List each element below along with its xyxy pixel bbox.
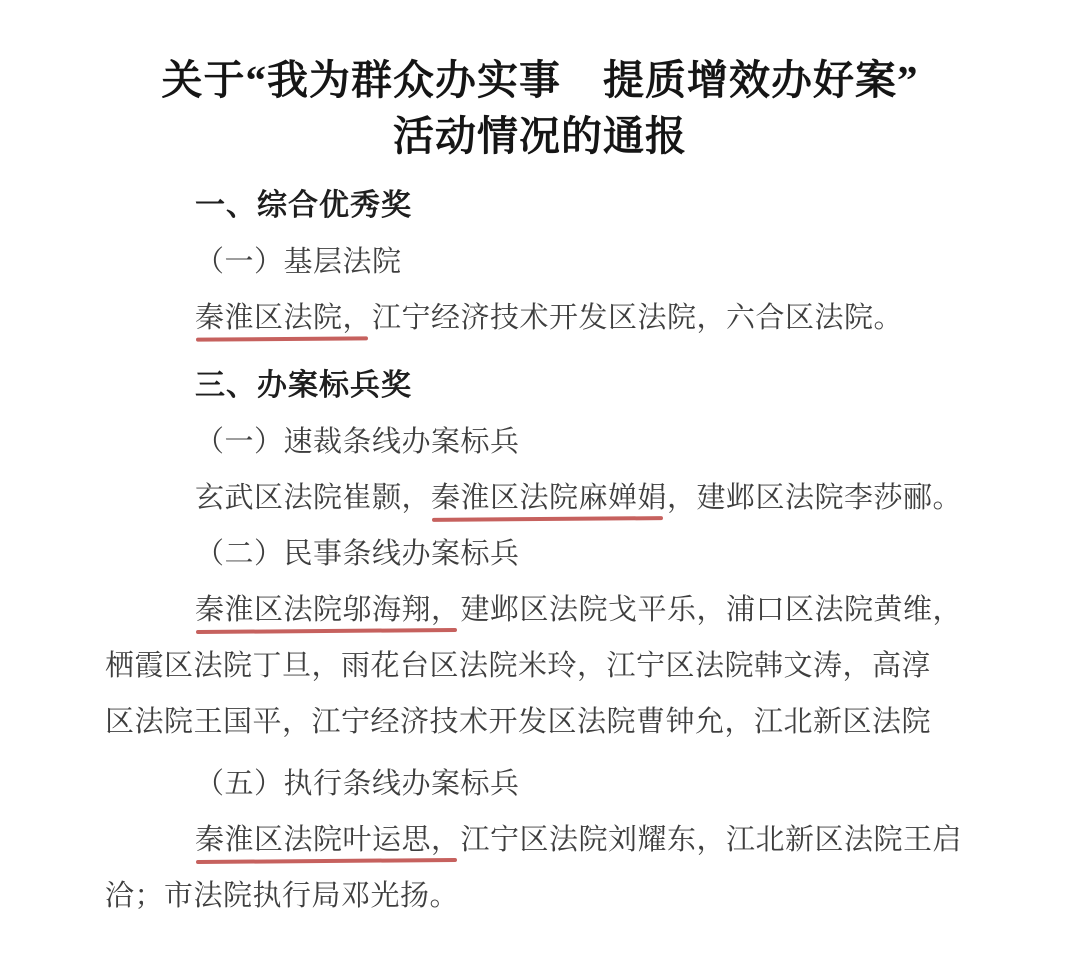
text-segment: ，建邺区法院李莎郦。: [667, 482, 962, 514]
red-underlined-text: 秦淮区法院叶运思，: [195, 824, 461, 856]
subsection-heading: （五）执行条线办案标兵: [105, 756, 975, 812]
subsection-heading: （一）速裁条线办案标兵: [105, 414, 975, 470]
text-segment: 栖霞区法院丁旦，雨花台区法院米玲，江宁区法院韩文涛，高淳: [105, 650, 931, 682]
paragraph-line: 秦淮区法院叶运思，江宁区法院刘耀东，江北新区法院王启: [105, 812, 975, 868]
text-segment: 建邺区法院戈平乐，浦口区法院黄维，: [461, 594, 963, 626]
document-title: 关于“我为群众办实事 提质增效办好案” 活动情况的通报: [105, 52, 975, 164]
document-body: 一、综合优秀奖（一）基层法院秦淮区法院，江宁经济技术开发区法院，六合区法院。三、…: [105, 178, 975, 924]
paragraph-line: 秦淮区法院邬海翔，建邺区法院戈平乐，浦口区法院黄维，: [105, 582, 975, 638]
subsection-heading: （二）民事条线办案标兵: [105, 526, 975, 582]
red-underlined-text: 秦淮区法院邬海翔，: [195, 594, 461, 626]
red-underlined-text: 秦淮区法院，: [195, 302, 372, 334]
section-heading: 一、综合优秀奖: [105, 178, 975, 234]
paragraph-line: 玄武区法院崔颢，秦淮区法院麻婵娟，建邺区法院李莎郦。: [105, 470, 975, 526]
text-segment: 江宁经济技术开发区法院，六合区法院。: [372, 302, 903, 334]
subsection-heading: （一）基层法院: [105, 234, 975, 290]
document-page: 关于“我为群众办实事 提质增效办好案” 活动情况的通报 一、综合优秀奖（一）基层…: [0, 0, 1080, 973]
section-heading: 三、办案标兵奖: [105, 358, 975, 414]
paragraph: 秦淮区法院邬海翔，建邺区法院戈平乐，浦口区法院黄维，栖霞区法院丁旦，雨花台区法院…: [105, 582, 975, 750]
paragraph-line: 栖霞区法院丁旦，雨花台区法院米玲，江宁区法院韩文涛，高淳: [105, 638, 975, 694]
text-segment: 玄武区法院崔颢，: [195, 482, 431, 514]
text-segment: 洽；市法院执行局邓光扬。: [105, 880, 459, 912]
red-underlined-text: 秦淮区法院麻婵娟: [431, 482, 667, 514]
text-segment: 区法院王国平，江宁经济技术开发区法院曹钟允，江北新区法院: [105, 706, 931, 738]
paragraph: 秦淮区法院，江宁经济技术开发区法院，六合区法院。: [105, 290, 975, 346]
paragraph-line: 洽；市法院执行局邓光扬。: [105, 868, 975, 924]
title-line-1: 关于“我为群众办实事 提质增效办好案”: [105, 52, 975, 108]
title-line-2: 活动情况的通报: [105, 108, 975, 164]
text-segment: 江宁区法院刘耀东，江北新区法院王启: [461, 824, 963, 856]
paragraph-line: 秦淮区法院，江宁经济技术开发区法院，六合区法院。: [105, 290, 975, 346]
paragraph: 秦淮区法院叶运思，江宁区法院刘耀东，江北新区法院王启洽；市法院执行局邓光扬。: [105, 812, 975, 924]
paragraph-line: 区法院王国平，江宁经济技术开发区法院曹钟允，江北新区法院: [105, 694, 975, 750]
paragraph: 玄武区法院崔颢，秦淮区法院麻婵娟，建邺区法院李莎郦。: [105, 470, 975, 526]
